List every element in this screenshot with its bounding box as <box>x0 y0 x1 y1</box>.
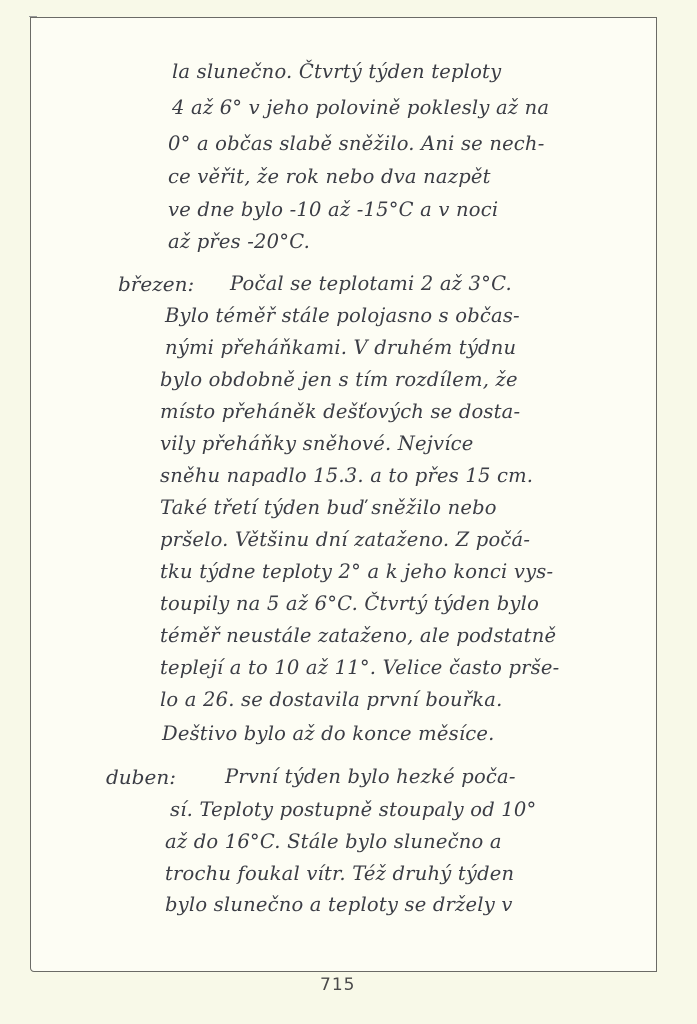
section-line: lo a 26. se dostavila první bouřka. <box>160 688 503 711</box>
section-line: Deštivo bylo až do konce měsíce. <box>162 722 495 745</box>
section-line: Počal se teplotami 2 až 3°C. <box>230 272 512 295</box>
section-line: sněhu napadlo 15.3. a to přes 15 cm. <box>160 464 533 487</box>
section-line: bylo slunečno a teploty se držely v <box>165 893 513 916</box>
section-line: Bylo téměř stále polojasno s občas- <box>165 304 520 327</box>
section-line: První týden bylo hezké poča- <box>225 765 516 788</box>
month-label-duben: duben: <box>106 765 176 789</box>
page-border-frame <box>30 17 657 972</box>
intro-line: ve dne bylo -10 až -15°C a v noci <box>168 198 498 221</box>
section-line: Také třetí týden buď sněžilo nebo <box>160 496 497 519</box>
section-line: vily přeháňky sněhové. Nejvíce <box>160 432 474 455</box>
section-line: až do 16°C. Stále bylo slunečno a <box>165 830 502 853</box>
page-number: 715 <box>320 975 355 995</box>
section-line: toupily na 5 až 6°C. Čtvrtý týden bylo <box>160 592 539 615</box>
section-line: bylo obdobně jen s tím rozdílem, že <box>160 368 518 391</box>
section-line: sí. Teploty postupně stoupaly od 10° <box>170 798 536 821</box>
intro-line: ce věřit, že rok nebo dva nazpět <box>168 165 491 188</box>
section-line: pršelo. Většinu dní zataženo. Z počá- <box>160 528 530 551</box>
section-line: místo přeháněk dešťových se dosta- <box>160 400 520 423</box>
intro-line: až přes -20°C. <box>168 230 310 253</box>
intro-line: 4 až 6° v jeho polovině poklesly až na <box>172 96 549 119</box>
intro-line: 0° a občas slabě sněžilo. Ani se nech- <box>168 132 544 155</box>
section-line: nými přeháňkami. V druhém týdnu <box>165 336 516 359</box>
section-line: tku týdne teploty 2° a k jeho konci vys- <box>160 560 553 583</box>
corner-tick-mark <box>29 16 37 21</box>
section-line: teplejí a to 10 až 11°. Velice často prš… <box>160 656 559 679</box>
intro-line: la slunečno. Čtvrtý týden teploty <box>172 60 501 83</box>
month-label-brezen: březen: <box>118 272 194 296</box>
section-line: trochu foukal vítr. Též druhý týden <box>165 862 514 885</box>
section-line: téměř neustále zataženo, ale podstatně <box>160 624 556 647</box>
